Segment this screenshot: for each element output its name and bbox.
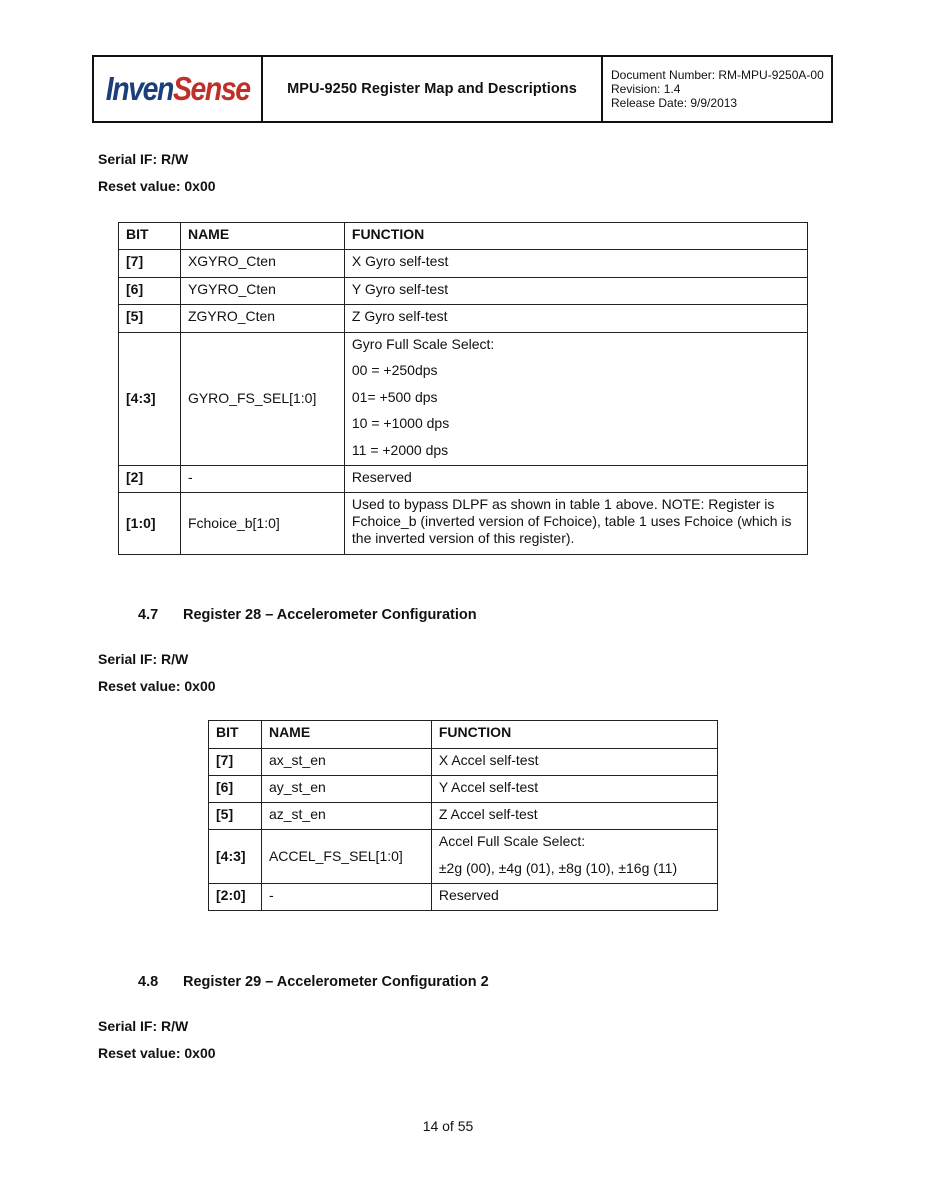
table-row: [4:3]ACCEL_FS_SEL[1:0]Accel Full Scale S… (209, 830, 718, 884)
bit-cell: [7] (209, 749, 262, 776)
function-line: 11 = +2000 dps (352, 442, 800, 462)
section-heading-4-8: 4.8Register 29 – Accelerometer Configura… (138, 974, 489, 990)
name-cell: - (261, 883, 431, 910)
name-cell: YGYRO_Cten (180, 277, 344, 305)
logo-cell: InvenSense (94, 57, 263, 121)
name-cell: GYRO_FS_SEL[1:0] (180, 332, 344, 465)
section-title: Register 29 – Accelerometer Configuratio… (183, 974, 489, 990)
name-cell: ZGYRO_Cten (180, 305, 344, 333)
reset-value: Reset value: 0x00 (98, 178, 216, 194)
bit-cell: [4:3] (209, 830, 262, 884)
serial-if: Serial IF: R/W (98, 651, 188, 667)
bit-cell: [7] (119, 250, 181, 278)
bit-cell: [6] (209, 776, 262, 803)
reset-value: Reset value: 0x00 (98, 1045, 216, 1061)
document-header: InvenSense MPU-9250 Register Map and Des… (92, 55, 833, 123)
function-cell: Reserved (344, 465, 807, 493)
table-row: [6]YGYRO_CtenY Gyro self-test (119, 277, 808, 305)
function-line: 10 = +1000 dps (352, 415, 800, 442)
table-row: [7]XGYRO_CtenX Gyro self-test (119, 250, 808, 278)
function-cell: Reserved (431, 883, 717, 910)
function-cell: X Gyro self-test (344, 250, 807, 278)
table-row: [5]ZGYRO_CtenZ Gyro self-test (119, 305, 808, 333)
column-header: FUNCTION (344, 223, 807, 250)
page-number: 14 of 55 (0, 1118, 896, 1134)
table-row: [4:3]GYRO_FS_SEL[1:0]Gyro Full Scale Sel… (119, 332, 808, 465)
release-date: Release Date: 9/9/2013 (611, 96, 737, 110)
function-line: Accel Full Scale Select: (439, 833, 710, 860)
serial-if: Serial IF: R/W (98, 151, 188, 167)
bit-cell: [5] (119, 305, 181, 333)
table-header-row: BITNAMEFUNCTION (209, 721, 718, 749)
column-header: BIT (209, 721, 262, 749)
table-row: [5]az_st_enZ Accel self-test (209, 803, 718, 830)
bit-cell: [5] (209, 803, 262, 830)
accel-config-table: BITNAMEFUNCTION[7]ax_st_enX Accel self-t… (208, 720, 718, 911)
bit-cell: [6] (119, 277, 181, 305)
table-row: [2]-Reserved (119, 465, 808, 493)
function-cell: X Accel self-test (431, 749, 717, 776)
name-cell: ax_st_en (261, 749, 431, 776)
function-cell: Used to bypass DLPF as shown in table 1 … (344, 493, 807, 555)
column-header: BIT (119, 223, 181, 250)
section-title: Register 28 – Accelerometer Configuratio… (183, 607, 477, 623)
document-meta: Document Number: RM-MPU-9250A-00 Revisio… (603, 57, 831, 121)
function-line: ±2g (00), ±4g (01), ±8g (10), ±16g (11) (439, 860, 710, 880)
function-line: 01= +500 dps (352, 389, 800, 416)
function-cell: Gyro Full Scale Select:00 = +250dps01= +… (344, 332, 807, 465)
bit-cell: [2] (119, 465, 181, 493)
name-cell: XGYRO_Cten (180, 250, 344, 278)
column-header: NAME (180, 223, 344, 250)
document-title: MPU-9250 Register Map and Descriptions (263, 57, 603, 121)
bit-cell: [1:0] (119, 493, 181, 555)
table-row: [1:0]Fchoice_b[1:0]Used to bypass DLPF a… (119, 493, 808, 555)
gyro-config-table: BITNAMEFUNCTION[7]XGYRO_CtenX Gyro self-… (118, 222, 808, 555)
name-cell: Fchoice_b[1:0] (180, 493, 344, 555)
table-row: [2:0]-Reserved (209, 883, 718, 910)
column-header: FUNCTION (431, 721, 717, 749)
name-cell: ACCEL_FS_SEL[1:0] (261, 830, 431, 884)
section-number: 4.8 (138, 974, 183, 990)
bit-cell: [2:0] (209, 883, 262, 910)
bit-cell: [4:3] (119, 332, 181, 465)
function-cell: Z Gyro self-test (344, 305, 807, 333)
function-cell: Accel Full Scale Select: ±2g (00), ±4g (… (431, 830, 717, 884)
name-cell: az_st_en (261, 803, 431, 830)
function-line: 00 = +250dps (352, 362, 800, 389)
function-cell: Y Gyro self-test (344, 277, 807, 305)
section-number: 4.7 (138, 607, 183, 623)
function-cell: Z Accel self-test (431, 803, 717, 830)
section-heading-4-7: 4.7Register 28 – Accelerometer Configura… (138, 607, 477, 623)
serial-if: Serial IF: R/W (98, 1018, 188, 1034)
function-cell: Y Accel self-test (431, 776, 717, 803)
name-cell: - (180, 465, 344, 493)
invensense-logo: InvenSense (106, 70, 250, 108)
document-number: Document Number: RM-MPU-9250A-00 (611, 68, 824, 82)
table-row: [6]ay_st_enY Accel self-test (209, 776, 718, 803)
table-row: [7]ax_st_enX Accel self-test (209, 749, 718, 776)
name-cell: ay_st_en (261, 776, 431, 803)
revision: Revision: 1.4 (611, 82, 680, 96)
reset-value: Reset value: 0x00 (98, 678, 216, 694)
function-line: Gyro Full Scale Select: (352, 336, 800, 363)
table-header-row: BITNAMEFUNCTION (119, 223, 808, 250)
column-header: NAME (261, 721, 431, 749)
